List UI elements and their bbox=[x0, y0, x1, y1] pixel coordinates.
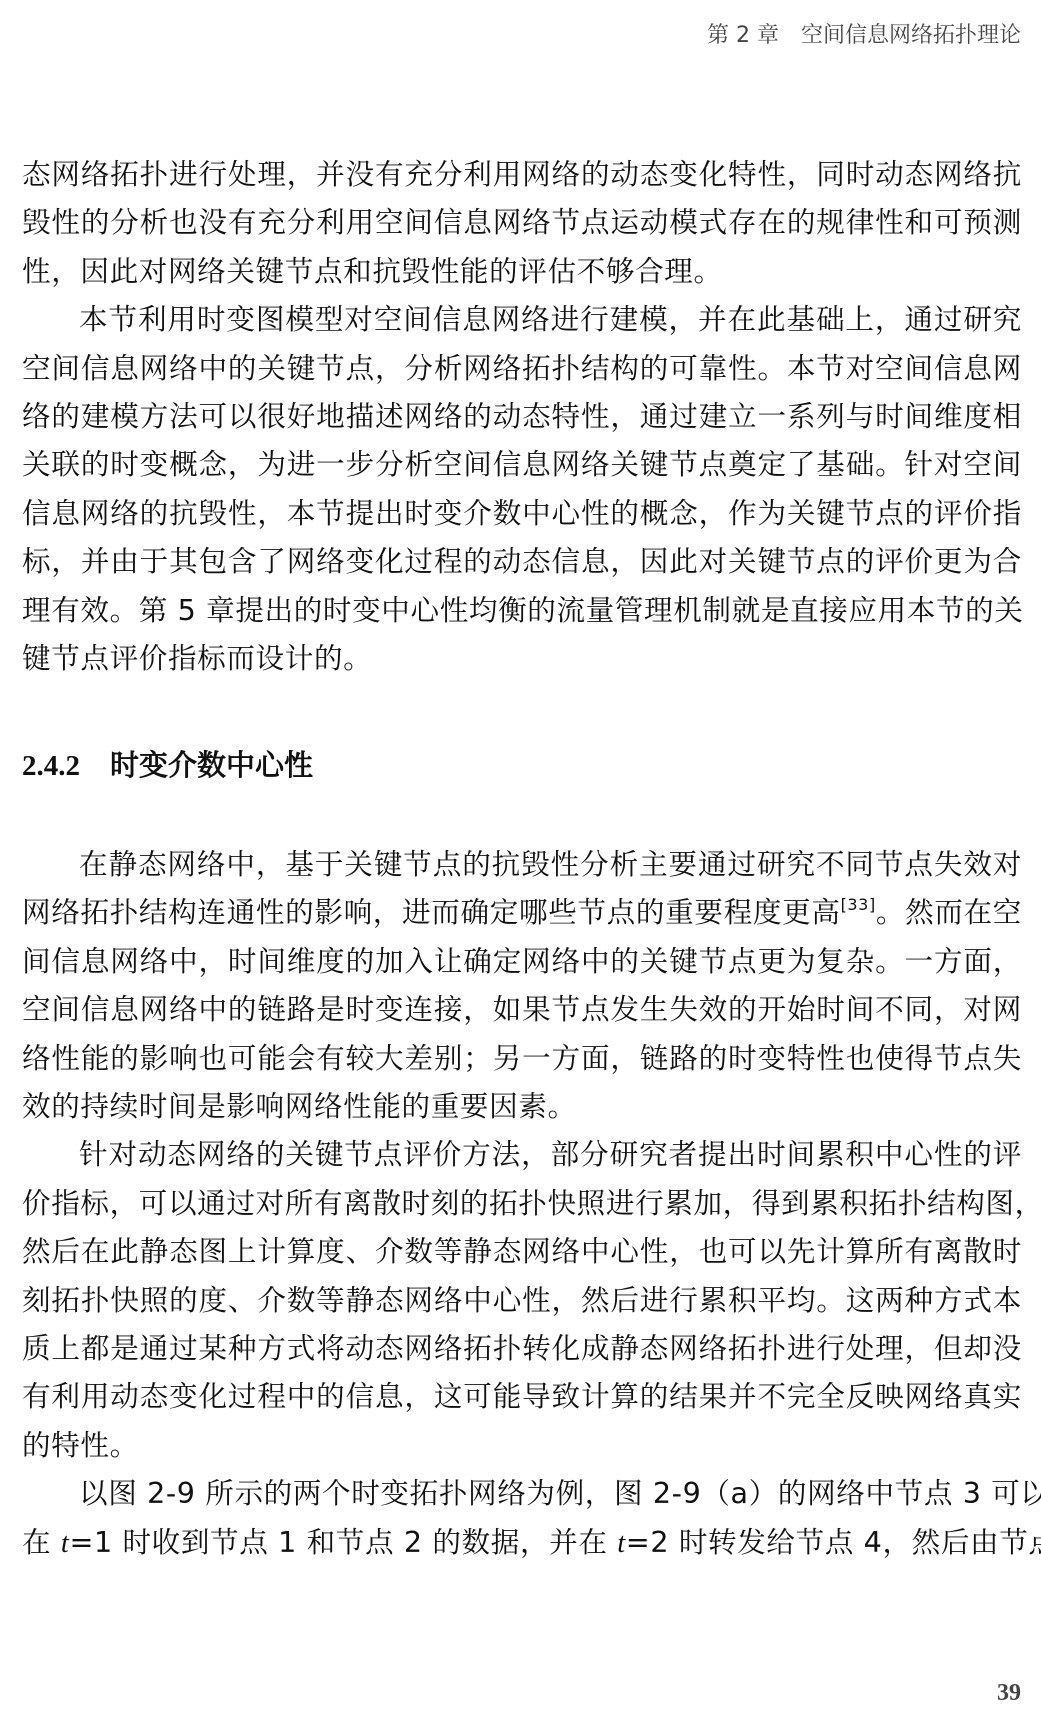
text-line: 空间信息网络中的关键节点，分析网络拓扑结构的可靠性。本节对空间信息网 bbox=[22, 344, 1022, 392]
text-segment: 。然而在空 bbox=[876, 895, 1022, 929]
text-line: 价指标，可以通过对所有离散时刻的拓扑快照进行累加，得到累积拓扑结构图， bbox=[22, 1179, 1022, 1227]
text-line: 络性能的影响也可能会有较大差别；另一方面，链路的时变特性也使得节点失 bbox=[22, 1034, 1022, 1082]
paragraph-continuation: 态网络拓扑进行处理，并没有充分利用网络的动态变化特性，同时动态网络抗 毁性的分析… bbox=[22, 150, 1022, 295]
text-line: 在静态网络中，基于关键节点的抗毁性分析主要通过研究不同节点失效对 bbox=[22, 840, 1022, 888]
text-line: 性，因此对网络关键节点和抗毁性能的评估不够合理。 bbox=[22, 247, 1022, 295]
body-text-top: 态网络拓扑进行处理，并没有充分利用网络的动态变化特性，同时动态网络抗 毁性的分析… bbox=[22, 150, 1022, 682]
text-segment: =1 时收到节点 1 和节点 2 的数据，并在 bbox=[69, 1525, 617, 1559]
text-line: 刻拓扑快照的度、介数等静态网络中心性，然后进行累积平均。这两种方式本 bbox=[22, 1276, 1022, 1324]
text-line: 标，并由于其包含了网络变化过程的动态信息，因此对关键节点的评价更为合 bbox=[22, 537, 1022, 585]
text-line: 络的建模方法可以很好地描述网络的动态特性，通过建立一系列与时间维度相 bbox=[22, 392, 1022, 440]
body-text-bottom: 在静态网络中，基于关键节点的抗毁性分析主要通过研究不同节点失效对 网络拓扑结构连… bbox=[22, 840, 1022, 1568]
variable-t: t bbox=[617, 1528, 626, 1559]
section-number: 2.4.2 bbox=[22, 750, 80, 782]
text-line: 信息网络的抗毁性，本节提出时变介数中心性的概念，作为关键节点的评价指 bbox=[22, 489, 1022, 537]
text-segment: 在 bbox=[22, 1525, 61, 1559]
text-line: 键节点评价指标而设计的。 bbox=[22, 634, 1022, 682]
text-line: 有利用动态变化过程中的信息，这可能导致计算的结果并不完全反映网络真实 bbox=[22, 1372, 1022, 1420]
text-line: 以图 2-9 所示的两个时变拓扑网络为例，图 2-9（a）的网络中节点 3 可以 bbox=[22, 1469, 1022, 1517]
page-number: 39 bbox=[997, 1680, 1021, 1707]
chapter-label: 第 2 章 bbox=[707, 23, 779, 48]
text-line: 效的持续时间是影响网络性能的重要因素。 bbox=[22, 1082, 1022, 1130]
text-line: 态网络拓扑进行处理，并没有充分利用网络的动态变化特性，同时动态网络抗 bbox=[22, 150, 1022, 198]
text-line-with-citation: 网络拓扑结构连通性的影响，进而确定哪些节点的重要程度更高[33]。然而在空 bbox=[22, 888, 1022, 936]
text-line: 关联的时变概念，为进一步分析空间信息网络关键节点奠定了基础。针对空间 bbox=[22, 440, 1022, 488]
text-line: 空间信息网络中的链路是时变连接，如果节点发生失效的开始时间不同，对网 bbox=[22, 985, 1022, 1033]
paragraph-figure-example: 以图 2-9 所示的两个时变拓扑网络为例，图 2-9（a）的网络中节点 3 可以… bbox=[22, 1469, 1022, 1568]
running-header: 第 2 章空间信息网络拓扑理论 bbox=[707, 18, 1021, 49]
text-segment: =2 时转发给节点 4，然后由节点 4 bbox=[626, 1525, 1041, 1559]
text-line: 毁性的分析也没有充分利用空间信息网络节点运动模式存在的规律性和可预测 bbox=[22, 198, 1022, 246]
text-line: 的特性。 bbox=[22, 1421, 1022, 1469]
text-line-with-variables: 在 t=1 时收到节点 1 和节点 2 的数据，并在 t=2 时转发给节点 4，… bbox=[22, 1518, 1022, 1568]
section-heading: 2.4.2时变介数中心性 bbox=[22, 743, 313, 784]
text-line: 然后在此静态图上计算度、介数等静态网络中心性，也可以先计算所有离散时 bbox=[22, 1227, 1022, 1275]
paragraph-section-intro: 本节利用时变图模型对空间信息网络进行建模，并在此基础上，通过研究 空间信息网络中… bbox=[22, 295, 1022, 682]
chapter-title: 空间信息网络拓扑理论 bbox=[801, 23, 1021, 48]
text-line: 理有效。第 5 章提出的时变中心性均衡的流量管理机制就是直接应用本节的关 bbox=[22, 586, 1022, 634]
text-line: 质上都是通过某种方式将动态网络拓扑转化成静态网络拓扑进行处理，但却没 bbox=[22, 1324, 1022, 1372]
paragraph-dynamic-methods: 针对动态网络的关键节点评价方法，部分研究者提出时间累积中心性的评 价指标，可以通… bbox=[22, 1130, 1022, 1469]
paragraph-static-network: 在静态网络中，基于关键节点的抗毁性分析主要通过研究不同节点失效对 网络拓扑结构连… bbox=[22, 840, 1022, 1130]
section-title: 时变介数中心性 bbox=[110, 748, 313, 782]
text-line: 针对动态网络的关键节点评价方法，部分研究者提出时间累积中心性的评 bbox=[22, 1130, 1022, 1178]
text-line: 间信息网络中，时间维度的加入让确定网络中的关键节点更为复杂。一方面， bbox=[22, 937, 1022, 985]
text-line: 本节利用时变图模型对空间信息网络进行建模，并在此基础上，通过研究 bbox=[22, 295, 1022, 343]
text-segment: 网络拓扑结构连通性的影响，进而确定哪些节点的重要程度更高 bbox=[22, 895, 841, 929]
citation-link[interactable]: [33] bbox=[841, 895, 876, 914]
